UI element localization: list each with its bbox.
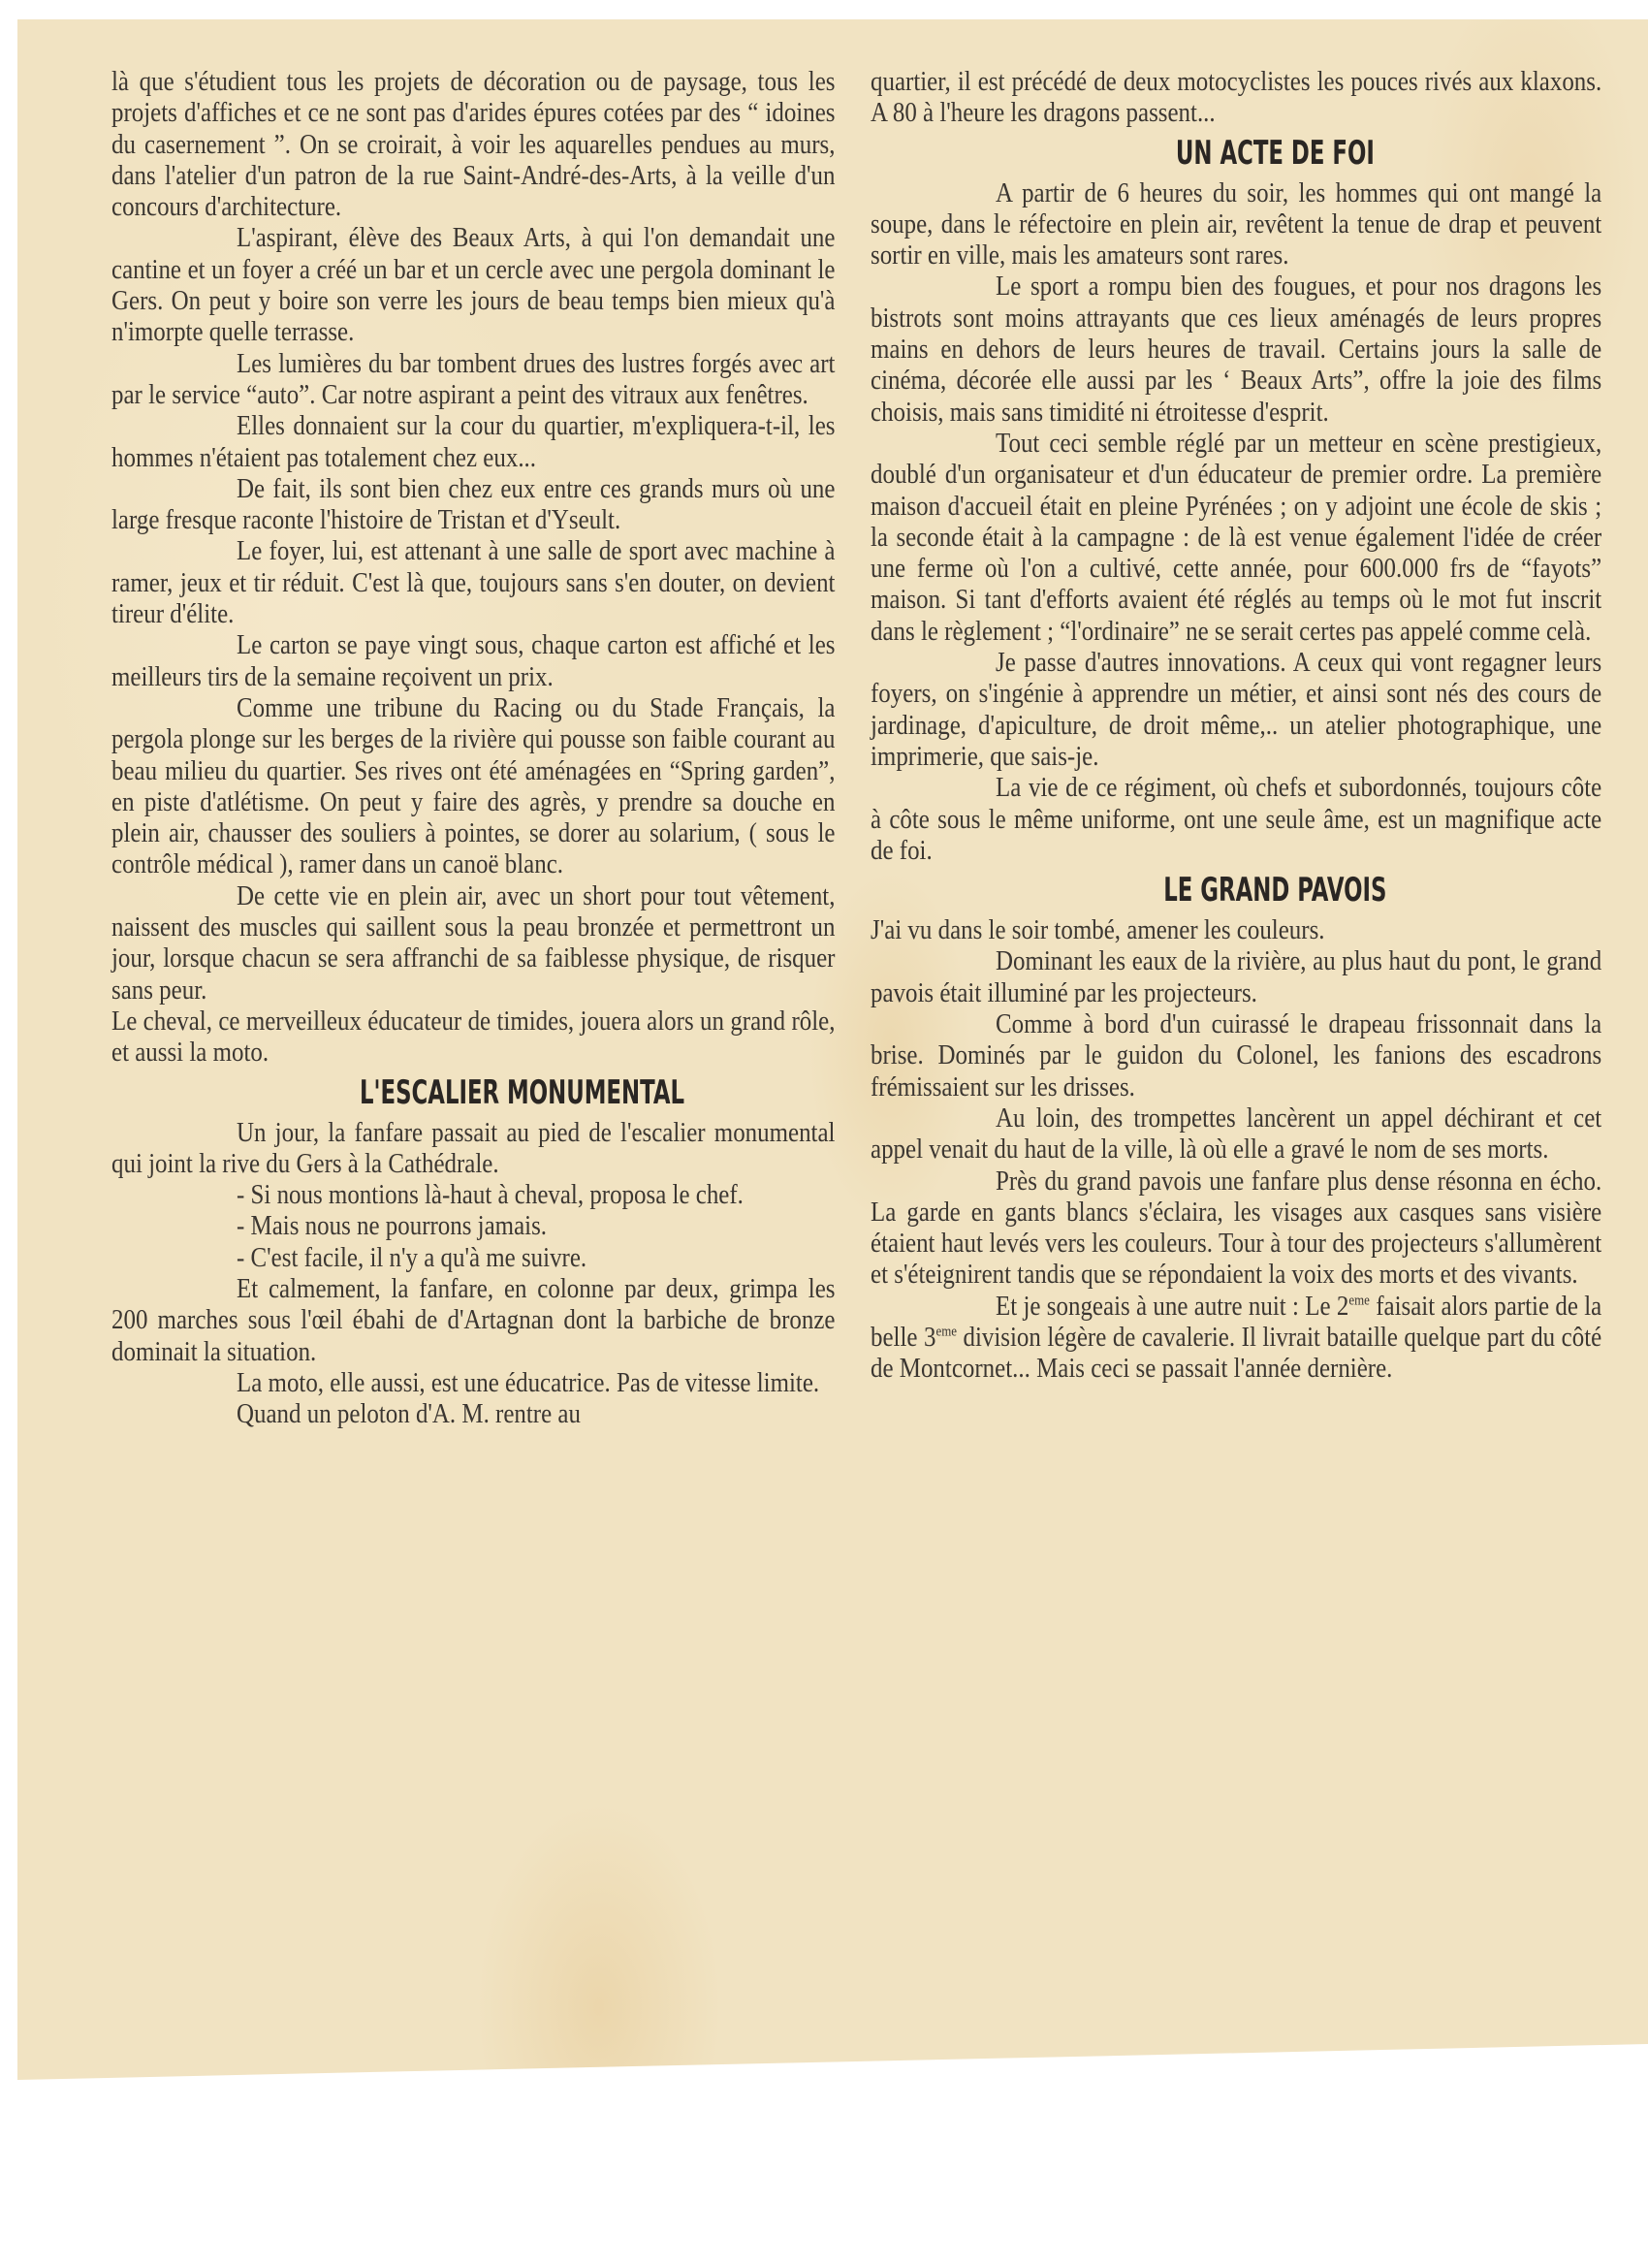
paragraph: Près du grand pavois une fanfare plus de… xyxy=(871,1166,1601,1291)
paragraph: De cette vie en plein air, avec un short… xyxy=(111,880,835,1006)
paragraph: Comme à bord d'un cuirassé le drapeau fr… xyxy=(871,1008,1601,1102)
paragraph: La vie de ce régiment, où chefs et subor… xyxy=(871,772,1601,866)
left-column: là que s'étudient tous les projets de dé… xyxy=(111,66,835,1429)
paragraph: Quand un peloton d'A. M. rentre au xyxy=(111,1398,835,1429)
paragraph: Dominant les eaux de la rivière, au plus… xyxy=(871,945,1601,1008)
paragraph: J'ai vu dans le soir tombé, amener les c… xyxy=(871,914,1601,945)
paper-speck xyxy=(657,8,659,17)
ordinal-suffix: eme xyxy=(1348,1293,1369,1308)
paragraph: Le carton se paye vingt sous, chaque car… xyxy=(111,629,835,692)
paragraph: là que s'étudient tous les projets de dé… xyxy=(111,66,835,222)
section-grand-pavois: J'ai vu dans le soir tombé, amener les c… xyxy=(871,914,1601,1291)
paragraph: De fait, ils sont bien chez eux entre ce… xyxy=(111,473,835,536)
heading-le-grand-pavois: LE GRAND PAVOIS xyxy=(951,866,1521,914)
paragraph: L'aspirant, élève des Beaux Arts, à qui … xyxy=(111,222,835,347)
paragraph: Et calmement, la fanfare, en colonne par… xyxy=(111,1273,835,1367)
paragraph: Je passe d'autres innovations. A ceux qu… xyxy=(871,647,1601,772)
paragraph: A partir de 6 heures du soir, les hommes… xyxy=(871,177,1601,272)
final-paragraph: Et je songeais à une autre nuit : Le 2em… xyxy=(871,1291,1601,1385)
paragraph: La moto, elle aussi, est une éducatrice.… xyxy=(111,1367,835,1398)
section-acte-de-foi: A partir de 6 heures du soir, les hommes… xyxy=(871,177,1601,867)
paragraph: Le sport a rompu bien des fougues, et po… xyxy=(871,271,1601,427)
paragraph: Un jour, la fanfare passait au pied de l… xyxy=(111,1117,835,1180)
paragraph: Le cheval, ce merveilleux éducateur de t… xyxy=(111,1006,835,1069)
heading-un-acte-de-foi: UN ACTE DE FOI xyxy=(951,129,1521,177)
paragraph: - Si nous montions là-haut à cheval, pro… xyxy=(111,1179,835,1210)
paragraph: Elles donnaient sur la cour du quartier,… xyxy=(111,410,835,473)
paragraph: Le foyer, lui, est attenant à une salle … xyxy=(111,535,835,629)
final-text-3: division légère de cavalerie. Il livrait… xyxy=(871,1322,1601,1384)
final-text-1: Et je songeais à une autre nuit : Le 2 xyxy=(996,1291,1348,1322)
left-paragraphs-before-heading: là que s'étudient tous les projets de dé… xyxy=(111,66,835,1069)
right-intro-paragraph: quartier, il est précédé de deux motocyc… xyxy=(871,66,1601,129)
paragraph: Comme une tribune du Racing ou du Stade … xyxy=(111,692,835,880)
heading-escalier-monumental: L'ESCALIER MONUMENTAL xyxy=(191,1069,755,1117)
paragraph: - Mais nous ne pourrons jamais. xyxy=(111,1210,835,1241)
left-paragraphs-after-heading: Un jour, la fanfare passait au pied de l… xyxy=(111,1117,835,1430)
paragraph: Tout ceci semble réglé par un metteur en… xyxy=(871,428,1601,647)
paragraph: Au loin, des trompettes lancèrent un app… xyxy=(871,1102,1601,1166)
right-column: quartier, il est précédé de deux motocyc… xyxy=(871,66,1601,1385)
ordinal-suffix: eme xyxy=(935,1324,956,1339)
paragraph: - C'est facile, il n'y a qu'à me suivre. xyxy=(111,1242,835,1273)
paragraph: Les lumières du bar tombent drues des lu… xyxy=(111,348,835,411)
